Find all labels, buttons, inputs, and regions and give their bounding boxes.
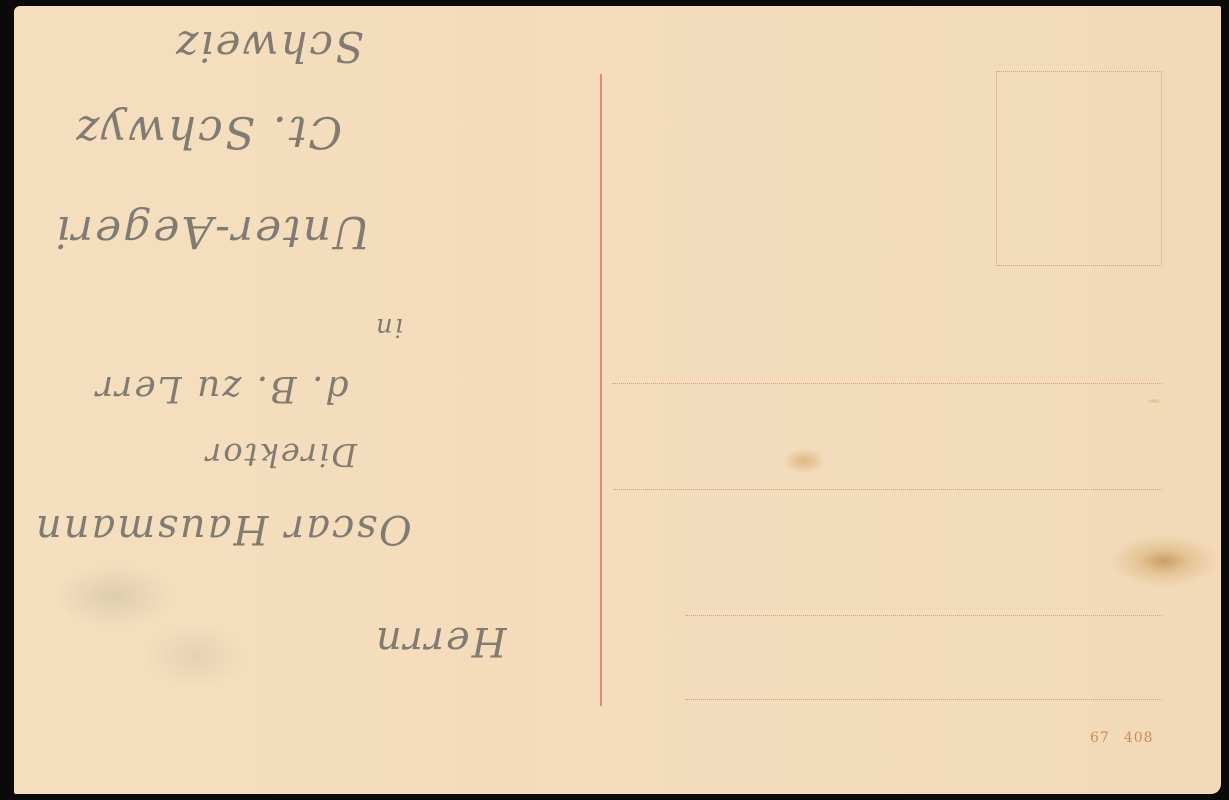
postcard-back: 67408 Herrn Oscar Hausmann Direktor d. B…: [14, 6, 1221, 794]
address-line-4: [686, 699, 1162, 700]
handwriting-line-canton: Ct. Schwyz: [74, 106, 342, 157]
handwriting-line-detail: d. B. zu Lerr: [94, 368, 349, 409]
handwriting-line-town: Unter-Aegeri: [54, 206, 370, 257]
handwriting-line-country: Schweiz: [174, 22, 364, 71]
address-line-2: [614, 489, 1162, 490]
code-left: 67: [1090, 730, 1110, 746]
code-right: 408: [1124, 730, 1154, 746]
printed-publisher-code: 67408: [1090, 730, 1154, 746]
handwriting-line-herrn: Herrn: [374, 618, 507, 664]
message-address-divider: [600, 74, 602, 706]
address-line-3: [686, 615, 1162, 616]
stamp-placement-box: [996, 71, 1162, 266]
handwriting-line-title: Direktor: [204, 436, 357, 474]
handwriting-line-in: in: [374, 312, 403, 342]
address-line-1: [612, 383, 1162, 384]
handwriting-line-name: Oscar Hausmann: [34, 506, 412, 552]
